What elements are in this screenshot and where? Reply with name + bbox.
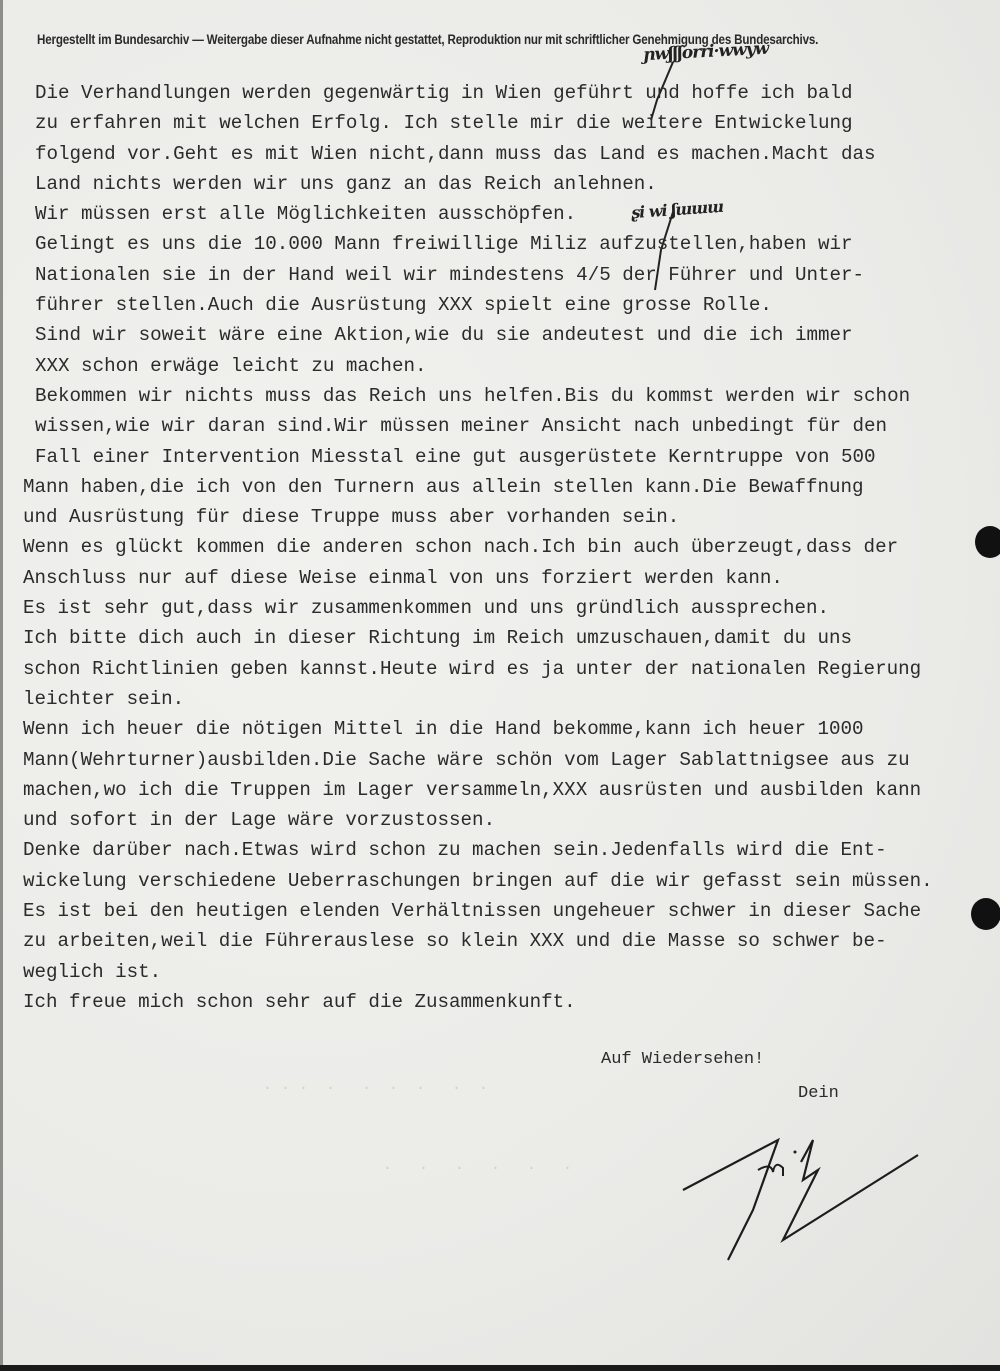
letter-line: schon Richtlinien geben kannst.Heute wir… xyxy=(23,654,983,684)
closing-greeting: Auf Wiedersehen! xyxy=(601,1050,764,1069)
letter-line: zu erfahren mit welchen Erfolg. Ich stel… xyxy=(23,108,983,138)
letter-line: Ich freue mich schon sehr auf die Zusamm… xyxy=(23,987,983,1017)
letter-line: weglich ist. xyxy=(23,957,983,987)
letter-line: leichter sein. xyxy=(23,684,983,714)
letter-line: Wenn es glückt kommen die anderen schon … xyxy=(23,532,983,562)
letter-line: Ich bitte dich auch in dieser Richtung i… xyxy=(23,623,983,653)
letter-line: zu arbeiten,weil die Führerauslese so kl… xyxy=(23,926,983,956)
letter-line: machen,wo ich die Truppen im Lager versa… xyxy=(23,775,983,805)
bleed-through-text: · · · · · · xyxy=(383,1160,572,1177)
letter-line: führer stellen.Auch die Ausrüstung XXX s… xyxy=(23,290,983,320)
letter-line: Es ist bei den heutigen elenden Verhältn… xyxy=(23,896,983,926)
letter-line: und Ausrüstung für diese Truppe muss abe… xyxy=(23,502,983,532)
letter-line: Mann haben,die ich von den Turnern aus a… xyxy=(23,472,983,502)
scanned-letter-page: Hergestellt im Bundesarchiv — Weitergabe… xyxy=(0,0,1000,1365)
letter-line: Die Verhandlungen werden gegenwärtig in … xyxy=(23,78,983,108)
letter-line: Nationalen sie in der Hand weil wir mind… xyxy=(23,260,983,290)
letter-line: XXX schon erwäge leicht zu machen. xyxy=(23,351,983,381)
letter-line: Bekommen wir nichts muss das Reich uns h… xyxy=(23,381,983,411)
letter-body: Die Verhandlungen werden gegenwärtig in … xyxy=(23,78,983,1017)
letter-line: Es ist sehr gut,dass wir zusammenkommen … xyxy=(23,593,983,623)
letter-line: wissen,wie wir daran sind.Wir müssen mei… xyxy=(23,411,983,441)
letter-line: Gelingt es uns die 10.000 Mann freiwilli… xyxy=(23,229,983,259)
letter-line: Sind wir soweit wäre eine Aktion,wie du … xyxy=(23,320,983,350)
punch-hole xyxy=(971,898,1000,930)
letter-line: Wenn ich heuer die nötigen Mittel in die… xyxy=(23,714,983,744)
letter-line: Denke darüber nach.Etwas wird schon zu m… xyxy=(23,835,983,865)
letter-line: Land nichts werden wir uns ganz an das R… xyxy=(23,169,983,199)
letter-line: Fall einer Intervention Miesstal eine gu… xyxy=(23,442,983,472)
letter-line: folgend vor.Geht es mit Wien nicht,dann … xyxy=(23,139,983,169)
letter-line: und sofort in der Lage wäre vorzustossen… xyxy=(23,805,983,835)
letter-line: wickelung verschiedene Ueberraschungen b… xyxy=(23,866,983,896)
letter-line: Wir müssen erst alle Möglichkeiten aussc… xyxy=(23,199,983,229)
scan-bottom-edge xyxy=(0,1365,1000,1371)
letter-line: Mann(Wehrturner)ausbilden.Die Sache wäre… xyxy=(23,745,983,775)
bleed-through-text: · · · · · · · · · xyxy=(263,1080,488,1097)
punch-hole xyxy=(975,526,1000,558)
valediction: Dein xyxy=(798,1084,839,1103)
handwritten-signature xyxy=(663,1110,963,1270)
letter-line: Anschluss nur auf diese Weise einmal von… xyxy=(23,563,983,593)
